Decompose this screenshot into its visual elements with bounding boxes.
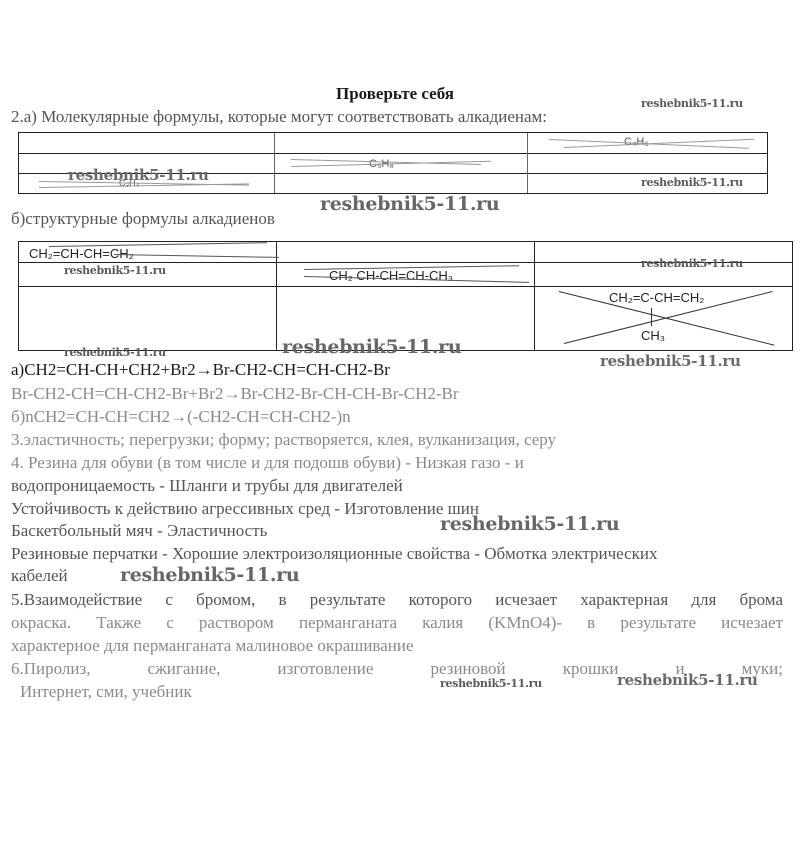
watermark: reshebnik5-11.ru	[600, 352, 741, 370]
strike-line	[39, 183, 249, 188]
reaction-line: б)nCH2=CH-CH=CH2→(-CH2-CH=CH-CH2-)n	[11, 407, 351, 427]
watermark: reshebnik5-11.ru	[641, 257, 743, 270]
task5-line: окраска. Также с раствором перманганата …	[11, 613, 783, 633]
watermark: reshebnik5-11.ru	[617, 671, 758, 689]
task5-line: характерное для перманганата малиновое о…	[11, 636, 414, 656]
table-col-divider	[276, 242, 277, 350]
watermark: reshebnik5-11.ru	[120, 564, 299, 586]
table-row-divider	[19, 286, 792, 287]
reaction-line: Br-CH2-CH=CH-CH2-Br+Br2→Br-CH2-Br-CH-CH-…	[11, 384, 459, 404]
task4-line: кабелей	[11, 566, 68, 586]
watermark: reshebnik5-11.ru	[282, 336, 461, 358]
formula-isoprene-branch: CH₃	[641, 328, 665, 343]
task4-line: 4. Резина для обуви (в том числе и для п…	[11, 453, 524, 473]
strike-line	[49, 242, 267, 247]
task4-line: Баскетбольный мяч - Эластичность	[11, 521, 267, 541]
watermark: reshebnik5-11.ru	[641, 176, 743, 189]
table-row-divider	[19, 153, 767, 154]
watermark: reshebnik5-11.ru	[320, 193, 499, 215]
branch-bond	[651, 308, 652, 326]
task2b-heading: б)структурные формулы алкадиенов	[11, 209, 275, 229]
watermark: reshebnik5-11.ru	[64, 346, 166, 359]
task5-line: 5.Взаимодействие с бромом, в результате …	[11, 590, 783, 610]
table-col-divider	[274, 133, 275, 193]
strike-line	[114, 254, 279, 258]
watermark: reshebnik5-11.ru	[440, 513, 619, 535]
watermark: reshebnik5-11.ru	[641, 97, 743, 110]
watermark: reshebnik5-11.ru	[68, 166, 209, 184]
table-col-divider	[534, 242, 535, 350]
watermark: reshebnik5-11.ru	[440, 677, 542, 690]
task4-line: Резиновые перчатки - Хорошие электроизол…	[11, 544, 658, 564]
watermark: reshebnik5-11.ru	[64, 264, 166, 277]
task3-answer: 3.эластичность; перегрузки; форму; раств…	[11, 430, 556, 450]
task4-line: Устойчивость к действию агрессивных сред…	[11, 499, 479, 519]
task2a-heading: 2.а) Молекулярные формулы, которые могут…	[11, 107, 547, 127]
formula-isoprene-main: CH₂=C-CH=CH₂	[609, 290, 704, 305]
formula-pentadiene: CH₂ CH-CH=CH-CH₃	[329, 268, 453, 283]
reaction-line: а)CH2=CH-CH+CH2+Br2→Br-CH2-CH=CH-CH2-Br	[11, 360, 390, 380]
task6-line: Интернет, сми, учебник	[20, 682, 192, 702]
table-col-divider	[527, 133, 528, 193]
task4-line: водопроницаемость - Шланги и трубы для д…	[11, 476, 403, 496]
